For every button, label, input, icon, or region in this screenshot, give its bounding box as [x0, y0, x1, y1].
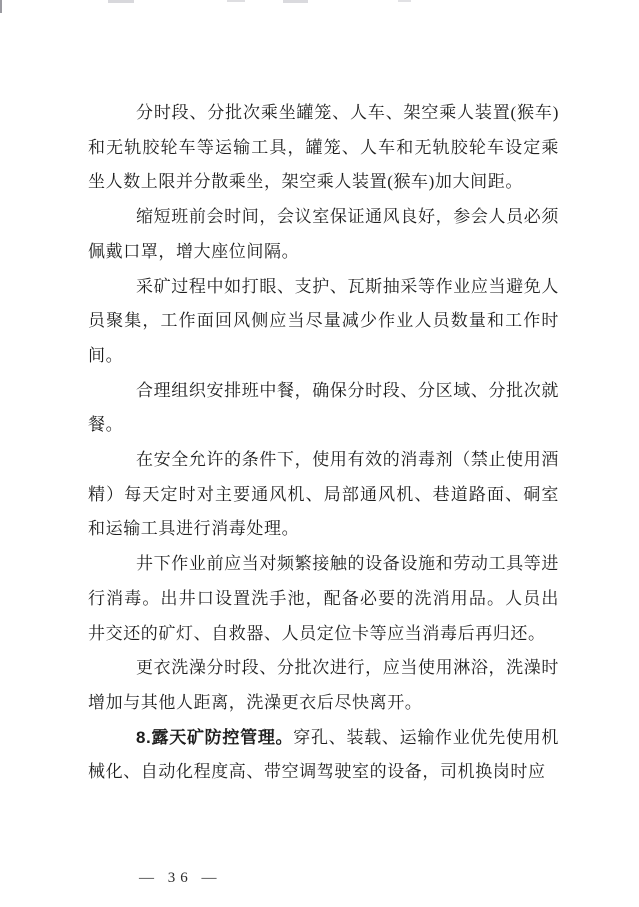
scan-artifact-top-smudge	[108, 0, 134, 3]
paragraph-underground-disinfection: 井下作业前应当对频繁接触的设备设施和劳动工具等进行消毒。出井口设置洗手池，配备必…	[88, 547, 559, 651]
section-8-heading: 8.露天矿防控管理。	[136, 728, 293, 747]
scan-artifact-left-edge	[0, 0, 2, 13]
paragraph-mining-operations: 采矿过程中如打眼、支护、瓦斯抽采等作业应当避免人员聚集，工作面回风侧应当尽量减少…	[88, 270, 559, 374]
document-body: 分时段、分批次乘坐罐笼、人车、架空乘人装置(猴车)和无轨胶轮车等运输工具，罐笼、…	[88, 96, 559, 790]
paragraph-riding-transport: 分时段、分批次乘坐罐笼、人车、架空乘人装置(猴车)和无轨胶轮车等运输工具，罐笼、…	[88, 96, 559, 200]
scan-artifact-top-smudge	[227, 0, 245, 2]
paragraph-open-pit-mine-control: 8.露天矿防控管理。穿孔、装载、运输作业优先使用机械化、自动化程度高、带空调驾驶…	[88, 721, 559, 790]
paragraph-meal-arrangement: 合理组织安排班中餐，确保分时段、分区域、分批次就餐。	[88, 374, 559, 443]
paragraph-pre-shift-meeting: 缩短班前会时间，会议室保证通风良好，参会人员必须佩戴口罩，增大座位间隔。	[88, 200, 559, 269]
paragraph-changing-showering: 更衣洗澡分时段、分批次进行，应当使用淋浴，洗澡时增加与其他人距离，洗澡更衣后尽快…	[88, 651, 559, 720]
scan-artifact-top-smudge	[283, 0, 308, 3]
page-footer: — 36 —	[104, 853, 222, 904]
document-page: 分时段、分批次乘坐罐笼、人车、架空乘人装置(猴车)和无轨胶轮车等运输工具，罐笼、…	[0, 0, 639, 907]
page-number: — 36 —	[139, 870, 222, 886]
scan-artifact-top-smudge	[398, 0, 411, 2]
paragraph-disinfectant-use: 在安全允许的条件下，使用有效的消毒剂（禁止使用酒精）每天定时对主要通风机、局部通…	[88, 443, 559, 547]
